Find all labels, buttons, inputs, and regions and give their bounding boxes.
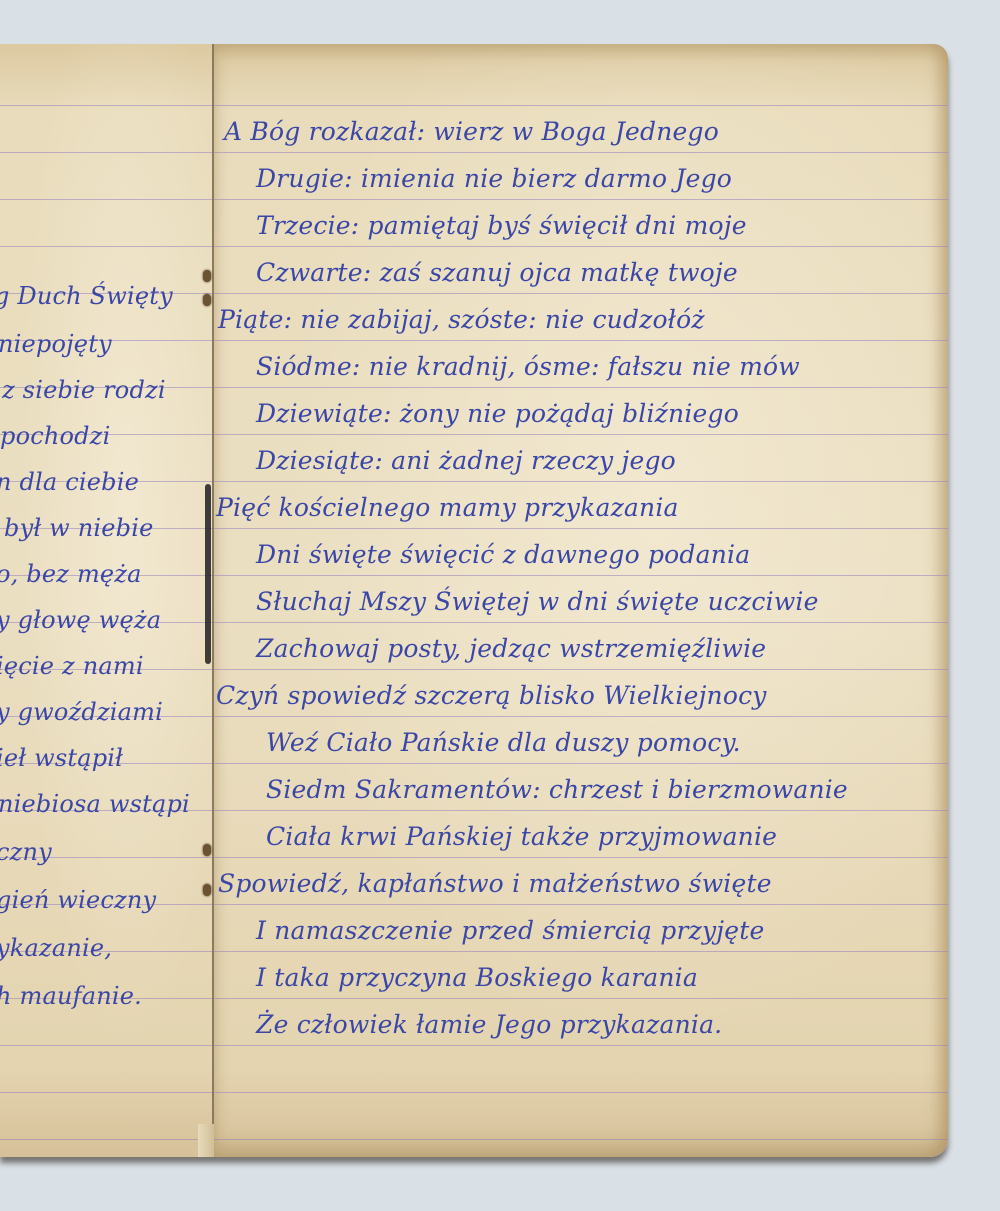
handwritten-line: Dziewiąte: żony nie pożądaj bliźniego (256, 394, 739, 434)
handwritten-line: Dni święte święcić z dawnego podania (256, 535, 750, 575)
handwritten-line: był w niebie (4, 508, 153, 548)
staple-hole (203, 270, 211, 282)
handwritten-line: h maufanie. (0, 976, 142, 1016)
handwritten-line: Czwarte: zaś szanuj ojca matkę twoje (256, 253, 738, 293)
staple-hole (203, 294, 211, 306)
torn-page-edge (198, 1124, 214, 1157)
handwritten-line: Piąte: nie zabijaj, szóste: nie cudzołóż (218, 300, 705, 340)
handwritten-line: g Duch Święty (0, 276, 173, 316)
handwritten-line: A Bóg rozkazał: wierz w Boga Jednego (224, 112, 719, 152)
handwritten-line: ykazanie, (0, 928, 112, 968)
handwritten-line: I taka przyczyna Boskiego karania (256, 958, 698, 998)
handwritten-line: ięcie z nami (0, 646, 144, 686)
staple-hole (203, 884, 211, 896)
handwritten-line: Ciała krwi Pańskiej także przyjmowanie (266, 817, 777, 857)
handwritten-line: gień wieczny (0, 880, 156, 920)
left-page: g Duch Święty niepojęty z siebie rodzi p… (0, 44, 214, 1157)
handwritten-line: niepojęty (0, 324, 112, 364)
handwritten-line: I namaszczenie przed śmiercią przyjęte (256, 911, 764, 951)
right-page: A Bóg rozkazał: wierz w Boga Jednego Dru… (214, 44, 948, 1157)
handwritten-line: o, bez męża (0, 554, 142, 594)
handwritten-line: Siódme: nie kradnij, ósme: fałszu nie mó… (256, 347, 800, 387)
handwritten-line: ieł wstąpił (0, 738, 123, 778)
handwritten-line: Spowiedź, kapłaństwo i małżeństwo święte (218, 864, 772, 904)
handwritten-line: Drugie: imienia nie bierz darmo Jego (256, 159, 732, 199)
handwritten-line: n dla ciebie (0, 462, 139, 502)
handwritten-line: Weź Ciało Pańskie dla duszy pomocy. (266, 723, 741, 763)
handwritten-line: Zachowaj posty, jedząc wstrzemięźliwie (256, 629, 766, 669)
spine-binding (205, 484, 211, 664)
handwritten-line: Czyń spowiedź szczerą blisko Wielkiejnoc… (216, 676, 767, 716)
handwritten-line: Słuchaj Mszy Świętej w dni święte uczciw… (256, 582, 819, 622)
notebook-spread: g Duch Święty niepojęty z siebie rodzi p… (0, 44, 948, 1157)
handwritten-line: z siebie rodzi (2, 370, 166, 410)
handwritten-line: Że człowiek łamie Jego przykazania. (256, 1005, 722, 1045)
handwritten-line: y gwoździami (0, 692, 163, 732)
handwritten-line: czny (0, 832, 52, 872)
handwritten-line: y głowę węża (0, 600, 161, 640)
handwritten-line: pochodzi (0, 416, 110, 456)
handwritten-line: Pięć kościelnego mamy przykazania (216, 488, 679, 528)
handwritten-line: niebiosa wstąpi (0, 784, 190, 824)
staple-hole (203, 844, 211, 856)
handwritten-line: Siedm Sakramentów: chrzest i bierzmowani… (266, 770, 848, 810)
handwritten-line: Dziesiąte: ani żadnej rzeczy jego (256, 441, 676, 481)
handwritten-line: Trzecie: pamiętaj byś święcił dni moje (256, 206, 747, 246)
